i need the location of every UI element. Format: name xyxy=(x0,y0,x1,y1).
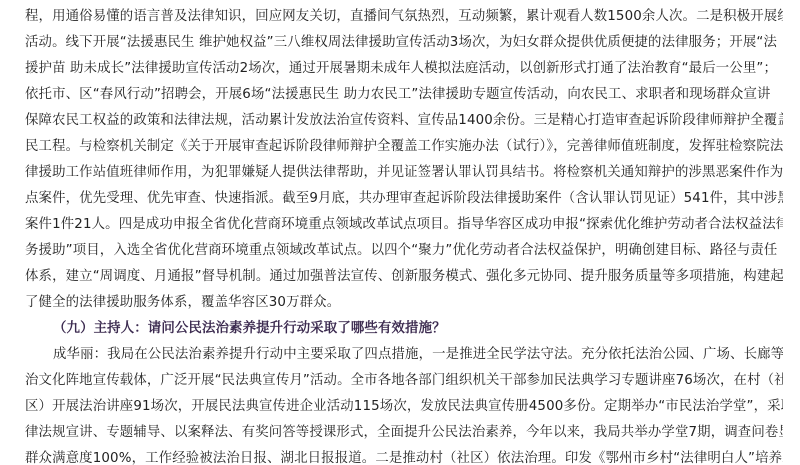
paragraph-line: 了健全的法律援助服务体系，覆盖华容区30万群众。 xyxy=(25,290,783,316)
paragraph-line: 点案件，优先受理、优先审查、快速指派。截至9月底，共办理审查起诉阶段法律援助案件… xyxy=(25,186,783,212)
answer-line: 成华丽：我局在公民法治素养提升行动中主要采取了四点措施，一是推进全民学法守法。充… xyxy=(25,342,783,368)
answer-line: 律法规宣讲、专题辅导、以案释法、有奖问答等授课形式，全面提升公民法治素养，今年以… xyxy=(25,420,783,446)
paragraph-line: 案件1件21人。四是成功申报全省优化营商环境重点领域改革试点项目。指导华容区成功… xyxy=(25,212,783,238)
paragraph-line: 程，用通俗易懂的语言普及法律知识，回应网友关切，直播间气氛热烈，互动频繁，累计观… xyxy=(25,4,783,30)
paragraph-line: 依托市、区“春风行动”招聘会，开展6场“法援惠民生 助力农民工”法律援助专题宣传… xyxy=(25,82,783,108)
paragraph-line: 务援助”项目，入选全省优化营商环境重点领域改革试点。以四个“聚力”优化劳动者合法… xyxy=(25,238,783,264)
paragraph-line: 保障农民工权益的政策和法律法规，活动累计发放法治宣传资料、宣传品1400余份。三… xyxy=(25,108,783,134)
paragraph-line: 民工程。与检察机关制定《关于开展审查起诉阶段律师辩护全覆盖工作实施办法（试行）》… xyxy=(25,134,783,160)
answer-line: 区）开展法治讲座91场次，开展民法典宣传进企业活动115场次，发放民法典宣传册4… xyxy=(25,394,783,420)
answer-line: 群众满意度100%，工作经验被法治日报、湖北日报报道。二是推动村（社区）依法治理… xyxy=(25,446,783,465)
question-heading: （九）主持人：请问公民法治素养提升行动采取了哪些有效措施？ xyxy=(25,316,783,342)
paragraph-line: 援护苗 助未成长”法律援助宣传活动2场次，通过开展暑期未成年人模拟法庭活动，以创… xyxy=(25,56,783,82)
article-body: 程，用通俗易懂的语言普及法律知识，回应网友关切，直播间气氛热烈，互动频繁，累计观… xyxy=(25,4,783,465)
paragraph-line: 律援助工作站值班律师作用，为犯罪嫌疑人提供法律帮助，并见证签署认罪认罚具结书。将… xyxy=(25,160,783,186)
paragraph-line: 活动。线下开展“法援惠民生 维护她权益”三八维权周法律援助宣传活动3场次，为妇女… xyxy=(25,30,783,56)
paragraph-line: 体系，建立“周调度、月通报”督导机制。通过加强普法宣传、创新服务模式、强化多元协… xyxy=(25,264,783,290)
answer-line: 治文化阵地宣传载体，广泛开展“民法典宣传月”活动。全市各地各部门组织机关干部参加… xyxy=(25,368,783,394)
